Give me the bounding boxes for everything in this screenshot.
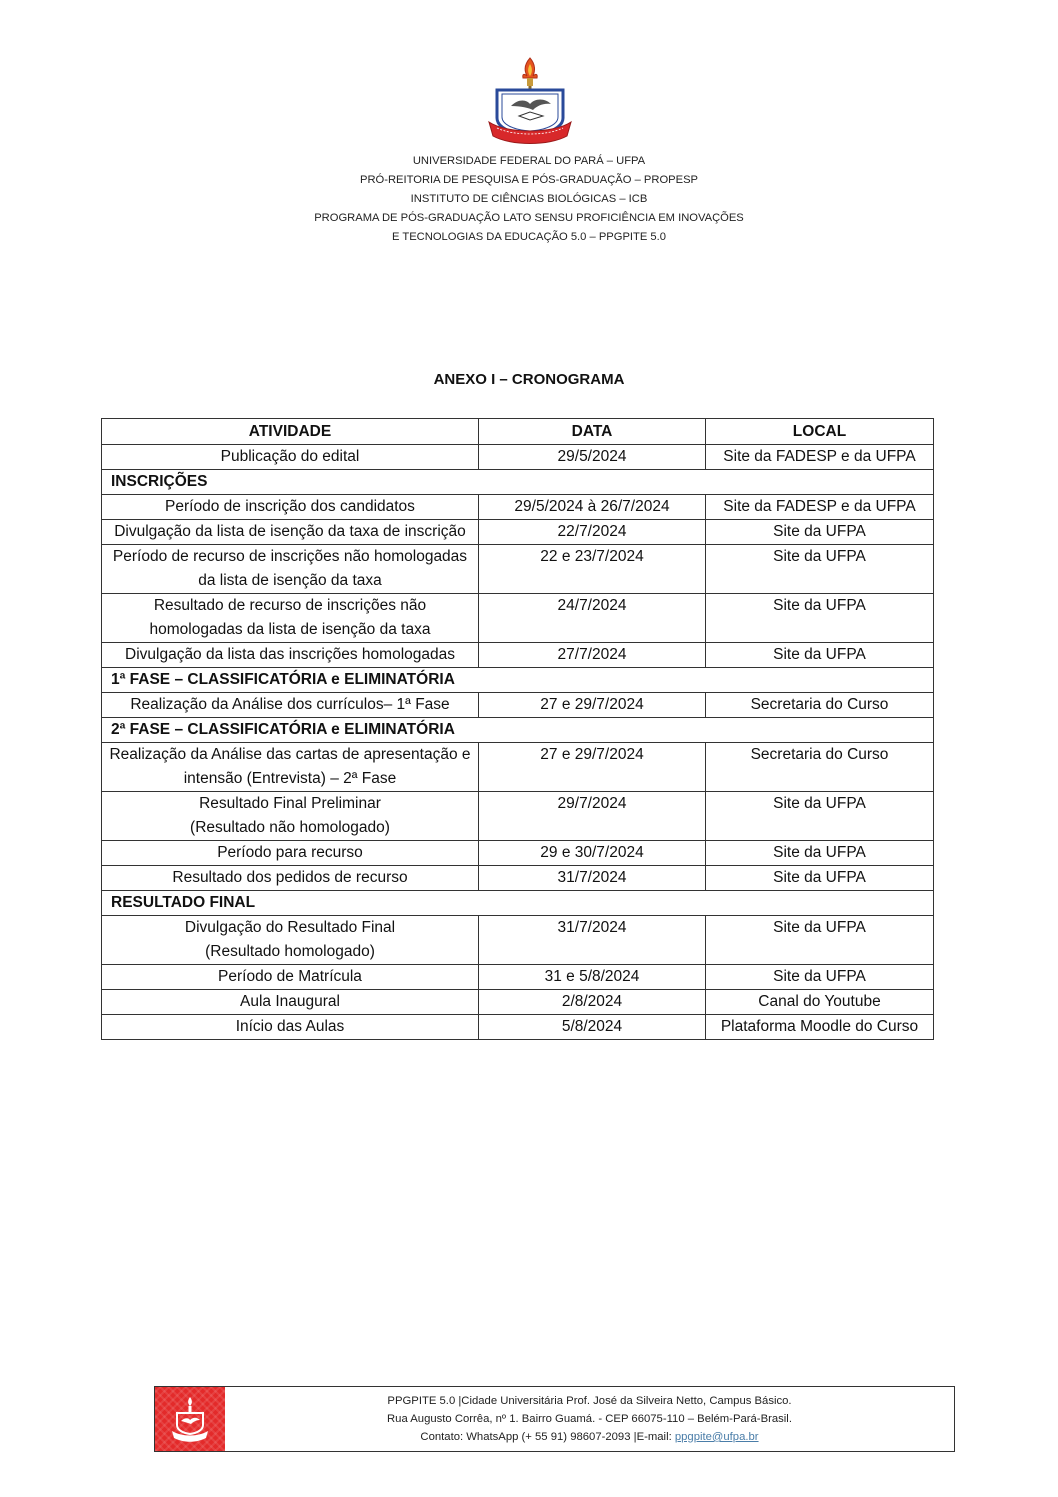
activity-cell: Realização da Análise das cartas de apre… — [102, 743, 479, 792]
activity-cell: Divulgação da lista das inscrições homol… — [102, 643, 479, 668]
table-row: Período para recurso29 e 30/7/2024Site d… — [102, 841, 934, 866]
activity-cell: Resultado Final Preliminar (Resultado nã… — [102, 792, 479, 841]
place-cell: Secretaria do Curso — [706, 693, 934, 718]
header-line-institute: INSTITUTO DE CIÊNCIAS BIOLÓGICAS – ICB — [0, 190, 1058, 209]
date-cell: 22 e 23/7/2024 — [479, 545, 706, 594]
place-cell: Canal do Youtube — [706, 990, 934, 1015]
date-cell: 22/7/2024 — [479, 520, 706, 545]
activity-cell: Resultado de recurso de inscrições não h… — [102, 594, 479, 643]
date-cell: 27 e 29/7/2024 — [479, 743, 706, 792]
date-cell: 5/8/2024 — [479, 1015, 706, 1040]
footer-address-line-1: PPGPITE 5.0 |Cidade Universitária Prof. … — [225, 1392, 954, 1410]
table-row: Realização da Análise das cartas de apre… — [102, 743, 934, 792]
place-cell: Site da UFPA — [706, 594, 934, 643]
table-row: Período de inscrição dos candidatos29/5/… — [102, 495, 934, 520]
activity-cell: Publicação do edital — [102, 445, 479, 470]
date-cell: 31 e 5/8/2024 — [479, 965, 706, 990]
table-row: Publicação do edital29/5/2024Site da FAD… — [102, 445, 934, 470]
activity-cell: Divulgação do Resultado Final (Resultado… — [102, 916, 479, 965]
table-header-row: ATIVIDADE DATA LOCAL — [102, 419, 934, 445]
section-label: 2ª FASE – CLASSIFICATÓRIA e ELIMINATÓRIA — [102, 718, 934, 743]
activity-cell: Período de Matrícula — [102, 965, 479, 990]
table-row: Resultado dos pedidos de recurso31/7/202… — [102, 866, 934, 891]
section-header-row: INSCRIÇÕES — [102, 470, 934, 495]
table-row: Divulgação da lista de isenção da taxa d… — [102, 520, 934, 545]
activity-cell: Divulgação da lista de isenção da taxa d… — [102, 520, 479, 545]
activity-cell: Aula Inaugural — [102, 990, 479, 1015]
date-cell: 29/5/2024 à 26/7/2024 — [479, 495, 706, 520]
date-cell: 29 e 30/7/2024 — [479, 841, 706, 866]
table-row: Início das Aulas5/8/2024Plataforma Moodl… — [102, 1015, 934, 1040]
place-cell: Site da UFPA — [706, 841, 934, 866]
column-header-date: DATA — [479, 419, 706, 445]
header-line-program-cont: E TECNOLOGIAS DA EDUCAÇÃO 5.0 – PPGPITE … — [0, 228, 1058, 247]
column-header-activity: ATIVIDADE — [102, 419, 479, 445]
date-cell: 27/7/2024 — [479, 643, 706, 668]
schedule-table-body: Publicação do edital29/5/2024Site da FAD… — [102, 445, 934, 1040]
date-cell: 24/7/2024 — [479, 594, 706, 643]
date-cell: 31/7/2024 — [479, 916, 706, 965]
footer-address-line-2: Rua Augusto Corrêa, nº 1. Bairro Guamá. … — [225, 1410, 954, 1428]
header-line-university: UNIVERSIDADE FEDERAL DO PARÁ – UFPA — [0, 152, 1058, 171]
table-row: Aula Inaugural2/8/2024Canal do Youtube — [102, 990, 934, 1015]
place-cell: Site da UFPA — [706, 520, 934, 545]
table-row: Resultado de recurso de inscrições não h… — [102, 594, 934, 643]
activity-cell: Período de recurso de inscrições não hom… — [102, 545, 479, 594]
section-header-row: 1ª FASE – CLASSIFICATÓRIA e ELIMINATÓRIA — [102, 668, 934, 693]
activity-cell: Período para recurso — [102, 841, 479, 866]
schedule-table: ATIVIDADE DATA LOCAL Publicação do edita… — [101, 418, 934, 1040]
footer-contact: PPGPITE 5.0 |Cidade Universitária Prof. … — [225, 1392, 954, 1446]
header-line-propesp: PRÓ-REITORIA DE PESQUISA E PÓS-GRADUAÇÃO… — [0, 171, 1058, 190]
ufpa-footer-logo-icon — [155, 1387, 225, 1451]
place-cell: Site da FADESP e da UFPA — [706, 445, 934, 470]
activity-cell: Resultado dos pedidos de recurso — [102, 866, 479, 891]
section-header-row: 2ª FASE – CLASSIFICATÓRIA e ELIMINATÓRIA — [102, 718, 934, 743]
place-cell: Plataforma Moodle do Curso — [706, 1015, 934, 1040]
section-header-row: RESULTADO FINAL — [102, 891, 934, 916]
date-cell: 31/7/2024 — [479, 866, 706, 891]
date-cell: 27 e 29/7/2024 — [479, 693, 706, 718]
date-cell: 2/8/2024 — [479, 990, 706, 1015]
footer-contact-text: Contato: WhatsApp (+ 55 91) 98607-2093 |… — [420, 1431, 674, 1443]
place-cell: Site da UFPA — [706, 792, 934, 841]
section-label: INSCRIÇÕES — [102, 470, 934, 495]
table-row: Período de Matrícula31 e 5/8/2024Site da… — [102, 965, 934, 990]
place-cell: Secretaria do Curso — [706, 743, 934, 792]
institution-header: UNIVERSIDADE FEDERAL DO PARÁ – UFPA PRÓ-… — [0, 152, 1058, 247]
place-cell: Site da UFPA — [706, 965, 934, 990]
activity-cell: Realização da Análise dos currículos– 1ª… — [102, 693, 479, 718]
ufpa-logo-icon — [487, 56, 573, 144]
section-label: 1ª FASE – CLASSIFICATÓRIA e ELIMINATÓRIA — [102, 668, 934, 693]
table-row: Divulgação do Resultado Final (Resultado… — [102, 916, 934, 965]
place-cell: Site da UFPA — [706, 643, 934, 668]
email-link[interactable]: ppgpite@ufpa.br — [675, 1431, 759, 1443]
table-row: Período de recurso de inscrições não hom… — [102, 545, 934, 594]
page-title: ANEXO I – CRONOGRAMA — [0, 371, 1058, 388]
table-row: Divulgação da lista das inscrições homol… — [102, 643, 934, 668]
activity-cell: Início das Aulas — [102, 1015, 479, 1040]
place-cell: Site da UFPA — [706, 866, 934, 891]
activity-cell: Período de inscrição dos candidatos — [102, 495, 479, 520]
place-cell: Site da UFPA — [706, 545, 934, 594]
header-line-program: PROGRAMA DE PÓS-GRADUAÇÃO LATO SENSU PRO… — [0, 209, 1058, 228]
footer-contact-line: Contato: WhatsApp (+ 55 91) 98607-2093 |… — [225, 1428, 954, 1446]
table-row: Resultado Final Preliminar (Resultado nã… — [102, 792, 934, 841]
place-cell: Site da FADESP e da UFPA — [706, 495, 934, 520]
column-header-place: LOCAL — [706, 419, 934, 445]
section-label: RESULTADO FINAL — [102, 891, 934, 916]
date-cell: 29/5/2024 — [479, 445, 706, 470]
page-footer: PPGPITE 5.0 |Cidade Universitária Prof. … — [154, 1386, 955, 1452]
place-cell: Site da UFPA — [706, 916, 934, 965]
date-cell: 29/7/2024 — [479, 792, 706, 841]
table-row: Realização da Análise dos currículos– 1ª… — [102, 693, 934, 718]
